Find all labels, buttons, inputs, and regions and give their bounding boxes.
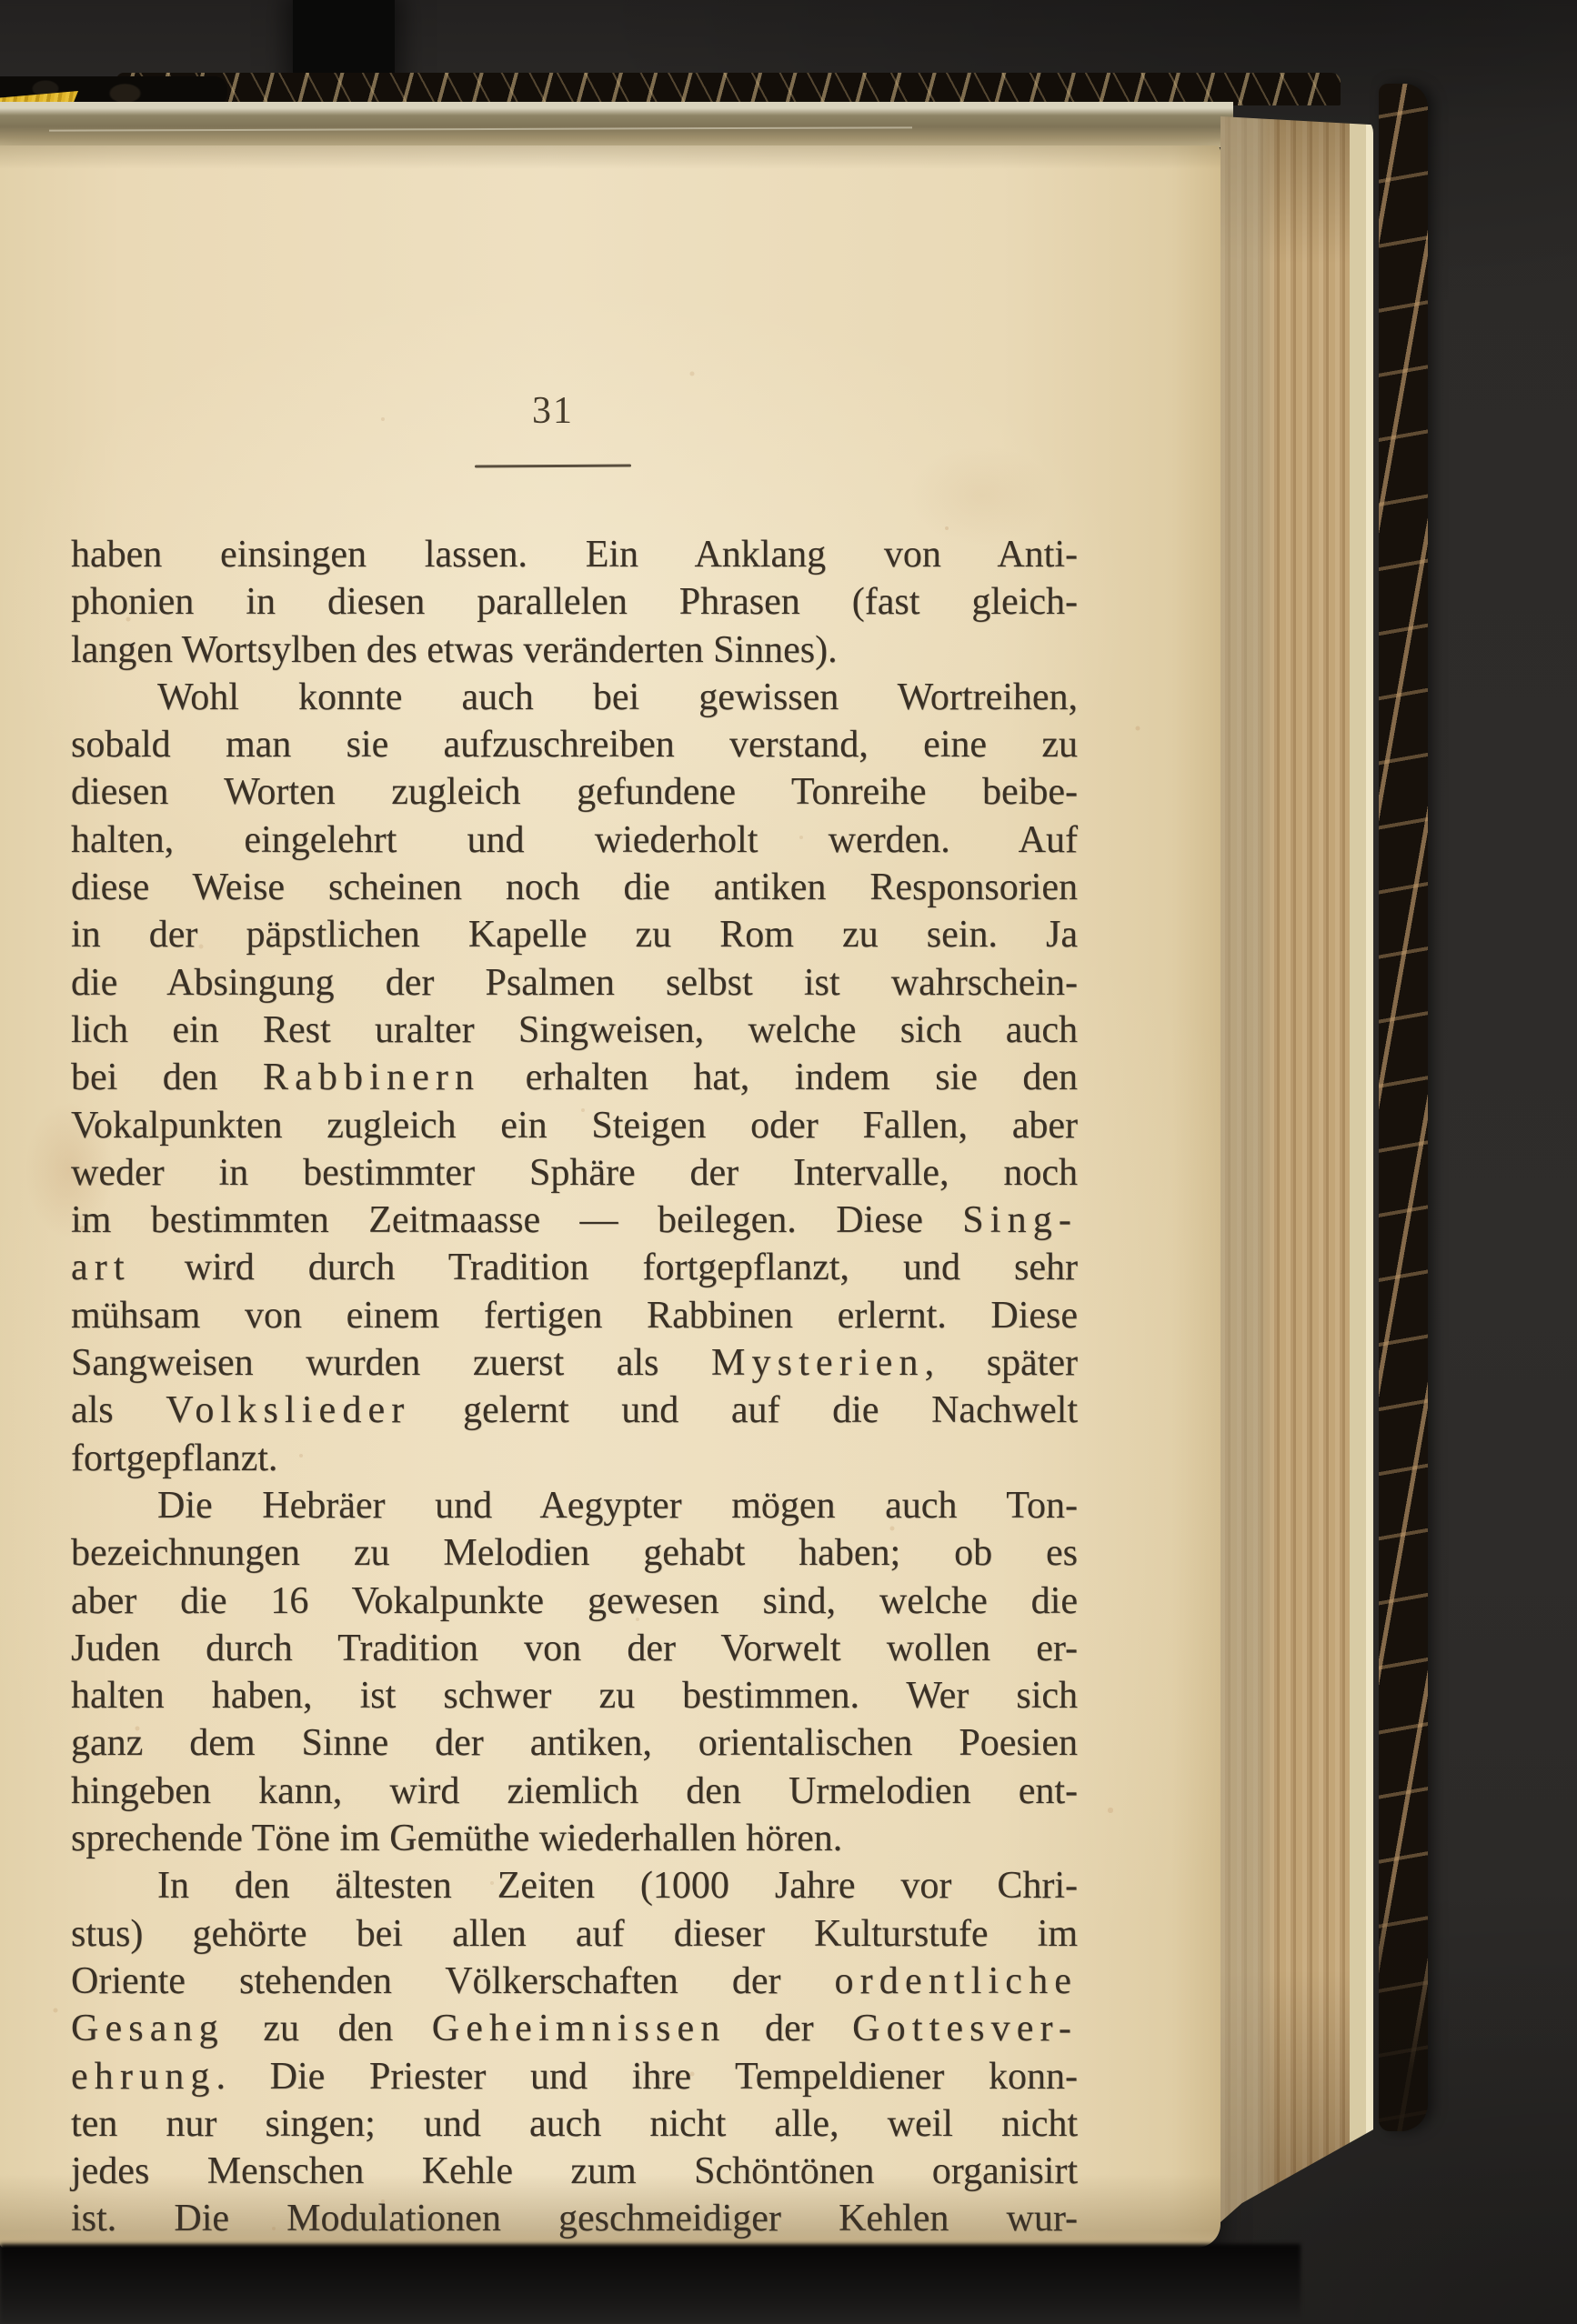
text-line: in der päpstlichen Kapelle zu Rom zu sei… xyxy=(71,911,1078,958)
text-line: Oriente stehenden Völkerschaften der ord… xyxy=(71,1958,1078,2005)
text-line: haben einsingen lassen. Ein Anklang von … xyxy=(71,531,1078,578)
page-fore-edges xyxy=(1220,116,1373,2222)
page-number-text: 31 xyxy=(532,390,574,432)
text-line: als Volkslieder gelernt und auf die Nach… xyxy=(71,1387,1078,1434)
page-text: haben einsingen lassen. Ein Anklang von … xyxy=(71,531,1078,2290)
text-line: phonien in diesen parallelen Phrasen (fa… xyxy=(71,578,1078,626)
text-line: ehrung. Die Priester und ihre Tempeldien… xyxy=(71,2053,1078,2100)
text-line: ganz dem Sinne der antiken, orientalisch… xyxy=(71,1719,1078,1767)
text-line: aber die 16 Vokalpunkte gewesen sind, we… xyxy=(71,1578,1078,1625)
book-top-cover-edge xyxy=(116,73,1341,105)
photo-background: 31 haben einsingen lassen. Ein Anklang v… xyxy=(0,0,1577,2324)
text-line: bezeichnungen zu Melodien gehabt haben; … xyxy=(71,1529,1078,1577)
text-line: Gesang zu den Geheimnissen der Gottesver… xyxy=(71,2005,1078,2052)
text-line: Die Hebräer und Aegypter mögen auch Ton- xyxy=(71,1482,1078,1529)
cradle-strap xyxy=(293,0,395,84)
text-line: die Absingung der Psalmen selbst ist wah… xyxy=(71,959,1078,1007)
page-number: 31 xyxy=(473,389,633,467)
text-line: im bestimmten Zeitmaasse — beilegen. Die… xyxy=(71,1197,1078,1244)
text-line: diesen Worten zugleich gefundene Tonreih… xyxy=(71,768,1078,816)
text-line: halten, eingelehrt und wiederholt werden… xyxy=(71,816,1078,864)
text-line: sobald man sie aufzuschreiben verstand, … xyxy=(71,721,1078,768)
text-line: Sangweisen wurden zuerst als Mysterien, … xyxy=(71,1339,1078,1387)
text-line: stus) gehörte bei allen auf dieser Kultu… xyxy=(71,1910,1078,1958)
text-line: fortgepflanzt. xyxy=(71,1435,1078,1482)
text-line: hingeben kann, wird ziemlich den Urmelod… xyxy=(71,1768,1078,1815)
text-line: ist. Die Modulationen geschmeidiger Kehl… xyxy=(71,2195,1078,2242)
text-line: sprechende Töne im Gemüthe wiederhallen … xyxy=(71,1815,1078,1862)
text-line: diese Weise scheinen noch die antiken Re… xyxy=(71,864,1078,911)
text-line: Juden durch Tradition von der Vorwelt wo… xyxy=(71,1625,1078,1672)
text-line: bei den Rabbinern erhalten hat, indem si… xyxy=(71,1054,1078,1101)
text-line: weder in bestimmter Sphäre der Intervall… xyxy=(71,1149,1078,1197)
page-top-edges xyxy=(0,102,1233,147)
text-line: jedes Menschen Kehle zum Schöntönen orga… xyxy=(71,2148,1078,2195)
text-line: In den ältesten Zeiten (1000 Jahre vor C… xyxy=(71,1862,1078,1909)
book-shadow xyxy=(0,2244,1301,2324)
cover-marbled-edge xyxy=(1379,84,1428,2131)
text-line: Wohl konnte auch bei gewissen Wortreihen… xyxy=(71,674,1078,721)
page-number-rule xyxy=(475,465,631,468)
text-line: lich ein Rest uralter Singweisen, welche… xyxy=(71,1007,1078,1054)
paper-foxing-speckles xyxy=(0,145,2,147)
text-line: halten haben, ist schwer zu bestimmen. W… xyxy=(71,1672,1078,1719)
text-line: mühsam von einem fertigen Rabbinen erler… xyxy=(71,1292,1078,1339)
text-line: Vokalpunkten zugleich ein Steigen oder F… xyxy=(71,1102,1078,1149)
text-line: art wird durch Tradition fortgepflanzt, … xyxy=(71,1244,1078,1291)
text-line: langen Wortsylben des etwas veränderten … xyxy=(71,626,1078,674)
book-page: 31 haben einsingen lassen. Ein Anklang v… xyxy=(0,145,1220,2248)
text-line: ten nur singen; und auch nicht alle, wei… xyxy=(71,2100,1078,2148)
